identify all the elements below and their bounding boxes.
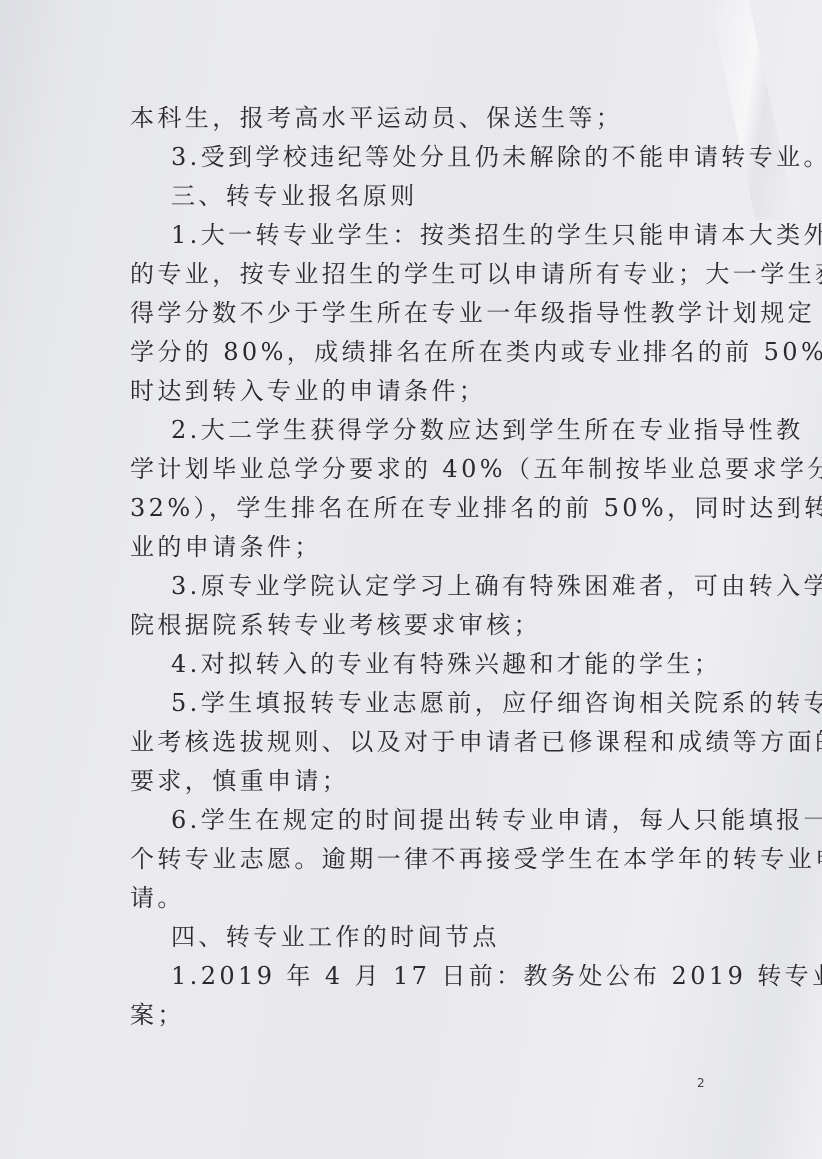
text-line: 学计划毕业总学分要求的 40%（五年制按毕业总要求学分的 — [130, 454, 750, 484]
text-line: 业考核选拔规则、以及对于申请者已修课程和成绩等方面的 — [130, 727, 750, 757]
page-number: 2 — [697, 1076, 705, 1090]
text-line: 业的申请条件； — [130, 532, 750, 562]
section-heading-4: 四、转专业工作的时间节点 — [171, 922, 751, 952]
text-line: 的专业，按专业招生的学生可以申请所有专业；大一学生获 — [130, 259, 750, 289]
text-line: 得学分数不少于学生所在专业一年级指导性教学计划规定 — [130, 298, 750, 328]
text-line-principle-3: 3.原专业学院认定学习上确有特殊困难者，可由转入学 — [171, 571, 751, 601]
text-line-principle-2: 2.大二学生获得学分数应达到学生所在专业指导性教 — [171, 415, 751, 445]
text-line-timeline-1: 1.2019 年 4 月 17 日前：教务处公布 2019 转专业实施方 — [171, 961, 751, 991]
text-line-principle-6: 6.学生在规定的时间提出转专业申请，每人只能填报一 — [171, 805, 751, 835]
text-line-item-3: 3.受到学校违纪等处分且仍未解除的不能申请转专业。 — [171, 142, 751, 172]
text-line: 学分的 80%，成绩排名在所在类内或专业排名的前 50%，同 — [130, 337, 750, 367]
section-heading-3: 三、转专业报名原则 — [171, 181, 751, 211]
text-line-continuation: 本科生，报考高水平运动员、保送生等； — [130, 103, 750, 133]
text-line: 个转专业志愿。逾期一律不再接受学生在本学年的转专业申 — [130, 844, 750, 874]
text-line-principle-4: 4.对拟转入的专业有特殊兴趣和才能的学生； — [171, 649, 751, 679]
text-line: 请。 — [130, 883, 750, 913]
document-page: 本科生，报考高水平运动员、保送生等； 3.受到学校违纪等处分且仍未解除的不能申请… — [0, 0, 822, 1159]
text-line: 院根据院系转专业考核要求审核； — [130, 610, 750, 640]
text-line-principle-1: 1.大一转专业学生：按类招生的学生只能申请本大类外 — [171, 220, 751, 250]
text-line: 要求，慎重申请； — [130, 766, 750, 796]
text-line: 32%），学生排名在所在专业排名的前 50%，同时达到转入专 — [130, 493, 750, 523]
text-line-principle-5: 5.学生填报转专业志愿前，应仔细咨询相关院系的转专 — [171, 688, 751, 718]
text-line: 时达到转入专业的申请条件； — [130, 376, 750, 406]
text-line: 案； — [130, 1000, 750, 1030]
